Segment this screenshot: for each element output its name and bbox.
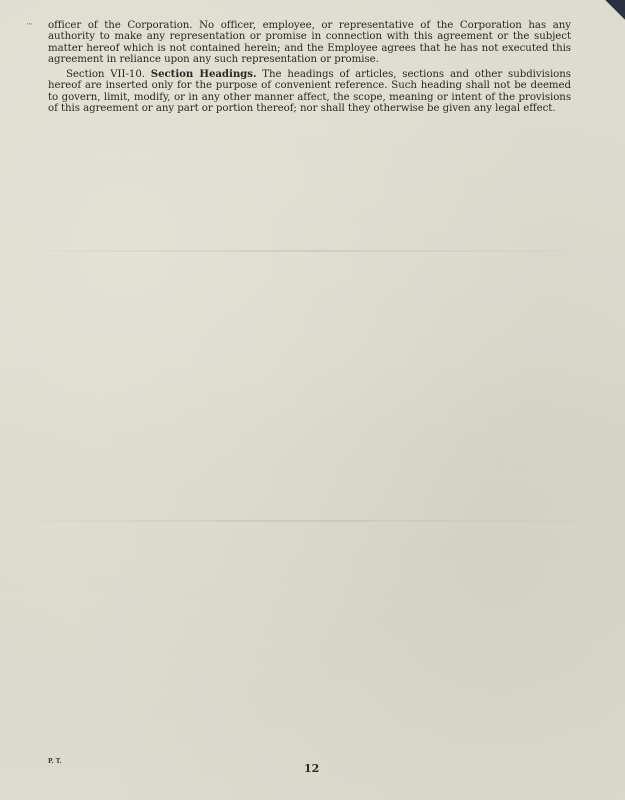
- page-number: 12: [304, 762, 319, 775]
- paper-fold: [0, 520, 625, 522]
- paragraph-continuation: officer of the Corporation. No officer, …: [48, 20, 571, 65]
- document-body: officer of the Corporation. No officer, …: [48, 20, 571, 118]
- section-heading: Section Headings.: [151, 68, 257, 80]
- ink-smudge-icon: ⋅⋅⋅: [26, 20, 44, 30]
- section-number: Section VII-10.: [66, 69, 145, 80]
- paragraph-section-vii-10: Section VII-10. Section Headings. The he…: [48, 69, 571, 114]
- paper-fold: [0, 250, 625, 252]
- folded-corner: [605, 0, 625, 20]
- scanned-page: ⋅⋅⋅ officer of the Corporation. No offic…: [0, 0, 625, 800]
- footer-mark: P. T.: [48, 758, 61, 765]
